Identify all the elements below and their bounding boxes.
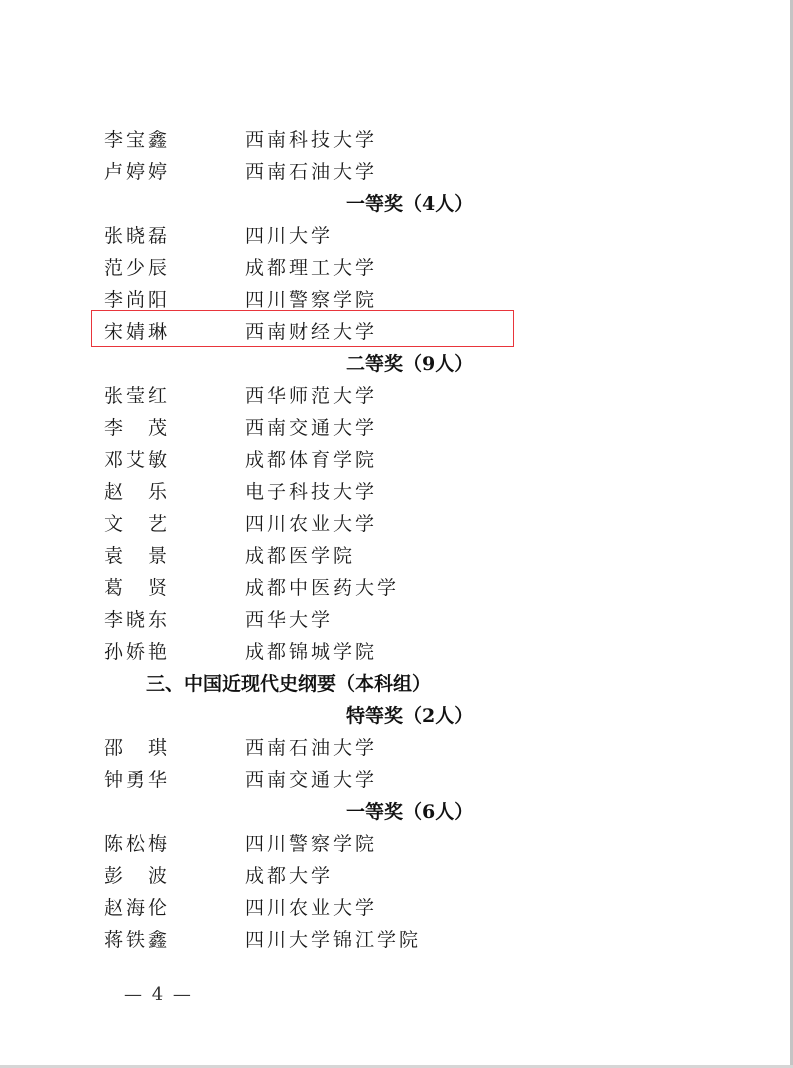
school-name: 四川警察学院 — [245, 284, 377, 316]
winner-name: 陈松梅 — [104, 828, 170, 860]
school-name: 四川大学锦江学院 — [245, 924, 421, 956]
winner-name: 李 茂 — [104, 412, 170, 444]
award-heading: 特等奖（2人） — [346, 700, 473, 732]
school-name: 四川警察学院 — [245, 828, 377, 860]
school-name: 四川大学 — [245, 220, 333, 252]
school-name: 西南财经大学 — [245, 316, 377, 348]
winner-name: 李晓东 — [104, 604, 170, 636]
winner-name: 文 艺 — [104, 508, 170, 540]
winner-name: 李尚阳 — [104, 284, 170, 316]
school-name: 西南交通大学 — [245, 764, 377, 796]
school-name: 西华师范大学 — [245, 380, 377, 412]
school-name: 四川农业大学 — [245, 892, 377, 924]
school-name: 西南交通大学 — [245, 412, 377, 444]
winner-name: 蒋铁鑫 — [104, 924, 170, 956]
school-name: 电子科技大学 — [245, 476, 377, 508]
winner-name: 葛 贤 — [104, 572, 170, 604]
document-page: — 4 — 李宝鑫西南科技大学卢婷婷西南石油大学一等奖（4人）张晓磊四川大学范少… — [0, 0, 790, 1065]
school-name: 西南石油大学 — [245, 732, 377, 764]
award-heading: 一等奖（4人） — [346, 188, 473, 220]
winner-name: 范少辰 — [104, 252, 170, 284]
winner-name: 李宝鑫 — [104, 124, 170, 156]
section-heading: 三、中国近现代史纲要（本科组） — [146, 668, 431, 700]
winner-name: 孙娇艳 — [104, 636, 170, 668]
school-name: 四川农业大学 — [245, 508, 377, 540]
winner-name: 赵 乐 — [104, 476, 170, 508]
winner-name: 邓艾敏 — [104, 444, 170, 476]
winner-name: 卢婷婷 — [104, 156, 170, 188]
winner-name: 钟勇华 — [104, 764, 170, 796]
school-name: 成都医学院 — [245, 540, 355, 572]
school-name: 西南科技大学 — [245, 124, 377, 156]
page-number: — 4 — — [124, 984, 193, 1005]
school-name: 成都理工大学 — [245, 252, 377, 284]
winner-name: 张莹红 — [104, 380, 170, 412]
school-name: 西华大学 — [245, 604, 333, 636]
award-heading: 二等奖（9人） — [346, 348, 473, 380]
school-name: 成都大学 — [245, 860, 333, 892]
school-name: 成都中医药大学 — [245, 572, 399, 604]
award-heading: 一等奖（6人） — [346, 796, 473, 828]
winner-name: 彭 波 — [104, 860, 170, 892]
winner-name: 张晓磊 — [104, 220, 170, 252]
winner-name: 邵 琪 — [104, 732, 170, 764]
winner-name: 宋婧琳 — [104, 316, 170, 348]
winner-name: 赵海伦 — [104, 892, 170, 924]
school-name: 成都锦城学院 — [245, 636, 377, 668]
winner-name: 袁 景 — [104, 540, 170, 572]
school-name: 成都体育学院 — [245, 444, 377, 476]
school-name: 西南石油大学 — [245, 156, 377, 188]
